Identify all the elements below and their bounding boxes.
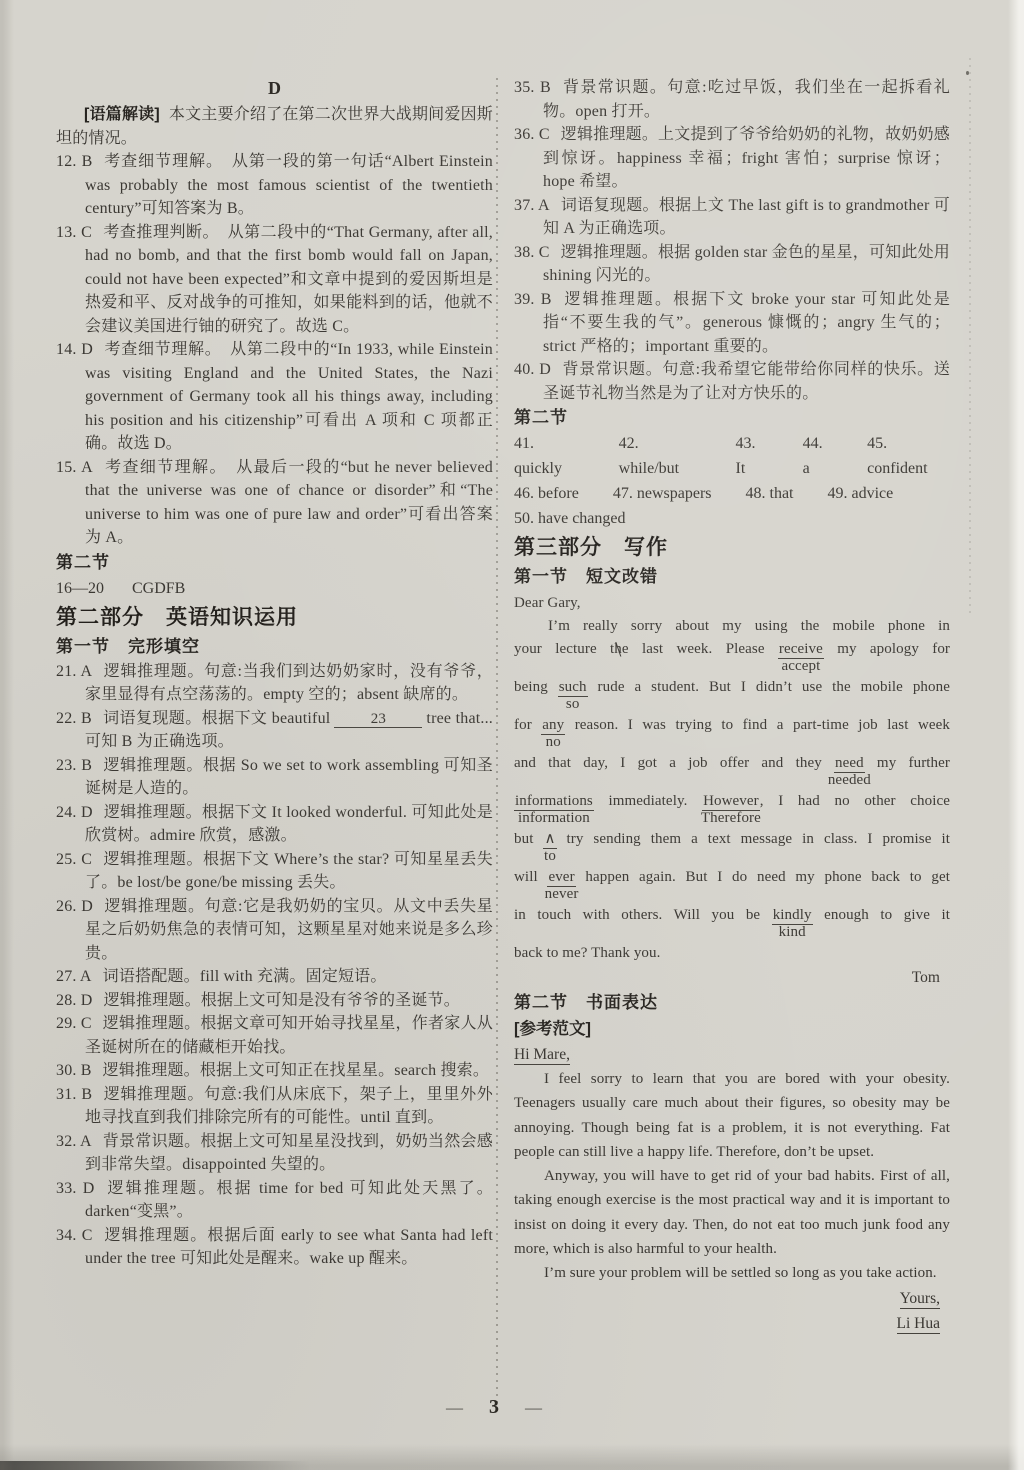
item-number: 33. D	[56, 1180, 106, 1197]
grammar-answers-row-3: 50. have changed	[514, 506, 950, 531]
part-2-heading: 第二部分 英语知识运用	[56, 603, 493, 632]
correction-stack: HoweverTherefore	[702, 790, 760, 813]
correction-stack: ∧to	[543, 828, 556, 851]
item-number: 40. D	[514, 361, 562, 378]
corrected-word: no	[546, 731, 561, 754]
item-text: 逻辑推理题。根据 golden star 金色的星星，可知此处用 shining…	[543, 244, 950, 285]
answer-item-40: 40. D背景常识题。句意:我希望它能带给你同样的快乐。送圣诞节礼物当然是为了让…	[514, 358, 950, 405]
letter-text: rude a student. But I didn’t use the mob…	[588, 679, 950, 695]
essay-closing: Yours,	[514, 1286, 950, 1311]
item-number: 21. A	[56, 663, 103, 680]
answer-item-32: 32. A背景常识题。根据上文可知星星没找到，奶奶当然会感到非常失望。disap…	[56, 1130, 493, 1177]
item-text: 逻辑推理题。根据 time for bed 可知此处天黑了。darken“变黑”…	[85, 1180, 493, 1221]
item-text: 考查推理判断。 从第二段中的“That Germany, after all, …	[85, 224, 493, 335]
passage-d-heading: D	[56, 76, 493, 100]
item-text: 词语搭配题。fill with 充满。固定短语。	[103, 968, 387, 985]
item-number: 22. B	[56, 710, 103, 727]
correction-stack: informationsinformation	[514, 790, 594, 813]
item-text: 逻辑推理题。根据下文 broke your star 可知此处是指“不要生我的气…	[543, 291, 950, 355]
letter-text: in touch with others. Will you be	[514, 907, 772, 923]
item-text: 逻辑推理题。根据后面 early to see what Santa had l…	[85, 1227, 493, 1268]
item-text: 背景常识题。句意:我希望它能带给你同样的快乐。送圣诞节礼物当然是为了让对方快乐的…	[543, 361, 950, 402]
item-number: 15. A	[56, 459, 104, 476]
left-column: D [语篇解读]本文主要介绍了在第二次世界大战期间爱因斯坦的情况。 12. B考…	[56, 76, 493, 1271]
scan-speck	[966, 71, 969, 75]
corrected-word: so	[566, 693, 580, 716]
answer-item-28: 28. D逻辑推理题。根据上文可知是没有爷爷的圣诞节。	[56, 989, 493, 1013]
item-text: 逻辑推理题。句意:当我们到达奶奶家时，没有爷爷，家里显得有点空荡荡的。empty…	[85, 663, 493, 704]
letter-text: happen again. But I do need my phone bac…	[576, 869, 950, 885]
letter-line-9: in touch with others. Will you be kindly…	[514, 904, 950, 927]
answer-item-38: 38. C逻辑推理题。根据 golden star 金色的星星，可知此处用 sh…	[514, 241, 950, 288]
answer-item-31: 31. B逻辑推理题。句意:我们从床底下，架子上，里里外外地寻找直到我们排除完所…	[56, 1083, 493, 1130]
item-text: 逻辑推理题。根据文章可知开始寻找星星，作者家人从圣诞树所在的储藏柜开始找。	[85, 1015, 493, 1056]
item-number: 13. C	[56, 224, 103, 241]
essay-paragraph-2: Anyway, you will have to get rid of your…	[514, 1164, 950, 1261]
item-text: 考查细节理解。 从最后一段的“but he never believed tha…	[85, 459, 493, 547]
section-2-heading: 第二节	[514, 405, 950, 431]
letter-text: for	[514, 717, 541, 733]
part-3-section-1-heading: 第一节 短文改错	[514, 564, 950, 590]
item-text: 词语复现题。根据下文 beautiful	[103, 710, 331, 727]
corrected-word: needed	[828, 769, 871, 792]
letter-text: my further	[865, 755, 950, 771]
item-text: 逻辑推理题。根据上文可知是没有爷爷的圣诞节。	[104, 992, 460, 1009]
letter-signature: Tom	[514, 965, 950, 990]
error-correction-letter: Dear Gary, I’m really sorry about my usi…	[514, 592, 950, 990]
correction-stack: receiveaccept	[778, 638, 824, 661]
item-number: 34. C	[56, 1227, 104, 1244]
answer-item-26: 26. D逻辑推理题。句意:它是我奶奶的宝贝。从文中丢失星星之后奶奶焦急的表情可…	[56, 895, 493, 966]
letter-text: and that day, I got a job offer and they	[514, 755, 834, 771]
letter-line-10: back to me? Thank you.	[514, 942, 950, 965]
answer-item-14: 14. D考查细节理解。 从第二段中的“In 1933, while Einst…	[56, 338, 493, 456]
answer-item-34: 34. C逻辑推理题。根据后面 early to see what Santa …	[56, 1224, 493, 1271]
numbered-blank: 23	[334, 712, 422, 729]
item-text: 考查细节理解。 从第二段中的“In 1933, while Einstein w…	[85, 341, 493, 452]
model-essay-bracket-tag: [参考范文]	[514, 1016, 941, 1042]
column-divider-dotted-line	[496, 78, 498, 1408]
letter-text: my apology for	[824, 641, 950, 657]
item-text: 逻辑推理题。句意:它是我奶奶的宝贝。从文中丢失星星之后奶奶焦急的表情可知，这颗星…	[85, 898, 493, 962]
letter-line-5: and that day, I got a job offer and they…	[514, 752, 950, 775]
answer-item-35: 35. B背景常识题。句意:吃过早饭，我们坐在一起拆看礼物。open 打开。	[514, 76, 950, 123]
corrected-word: information	[518, 807, 590, 830]
answer-item-15: 15. A考查细节理解。 从最后一段的“but he never believe…	[56, 456, 493, 550]
analysis-bracket-tag: [语篇解读]	[84, 106, 160, 123]
correction-stack: needneeded	[834, 752, 865, 775]
answers-16-20: 16—20CGDFB	[56, 576, 493, 601]
letter-text: , I had no other choice	[760, 793, 950, 809]
answer-item-12: 12. B考查细节理解。 从第一段的第一句话“Albert Einstein w…	[56, 150, 493, 221]
part-2-section-1-heading: 第一节 完形填空	[56, 634, 493, 660]
footer-right-dash: —	[525, 1398, 542, 1418]
grammar-answers-row-1: 41. quickly 42. while/but 43. It 44. a 4…	[514, 431, 950, 481]
letter-text: being	[514, 679, 558, 695]
letter-line-8: will evernever happen again. But I do ne…	[514, 866, 950, 889]
item-number: 38. C	[514, 244, 561, 261]
answer-item-25: 25. C逻辑推理题。根据下文 Where’s the star? 可知星星丢失…	[56, 848, 493, 895]
page-number: 3	[489, 1396, 499, 1419]
item-text: 词语复现题。根据上文 The last gift is to grandmoth…	[543, 197, 950, 238]
essay-salutation: Hi Mare,	[514, 1042, 950, 1067]
item-text: 背景常识题。句意:吃过早饭，我们坐在一起拆看礼物。open 打开。	[543, 79, 950, 120]
essay-salutation-text: Hi Mare,	[514, 1046, 570, 1065]
grammar-answer-43: 43. It	[735, 431, 768, 481]
answer-item-36: 36. C逻辑推理题。上文提到了爷爷给奶奶的礼物，故奶奶感到惊讶。happine…	[514, 123, 950, 194]
essay-paragraph-3: I’m sure your problem will be settled so…	[514, 1261, 950, 1285]
item-number: 14. D	[56, 341, 104, 358]
grammar-answer-47: 47. newspapers	[613, 481, 712, 506]
answer-item-33: 33. D逻辑推理题。根据 time for bed 可知此处天黑了。darke…	[56, 1177, 493, 1224]
item-number: 24. D	[56, 804, 104, 821]
grammar-answer-46: 46. before	[514, 481, 579, 506]
grammar-answer-49: 49. advice	[828, 481, 894, 506]
item-text: 逻辑推理题。句意:我们从床底下，架子上，里里外外地寻找直到我们排除完所有的可能性…	[85, 1086, 493, 1127]
letter-line-2: your lecture the last week. Please recei…	[514, 638, 950, 661]
scan-bottom-edge-shadow	[0, 1461, 310, 1470]
grammar-answer-44: 44. a	[803, 431, 834, 481]
letter-line-1: I’m really sorry about my using the mobi…	[514, 615, 950, 638]
answer-item-24: 24. D逻辑推理题。根据下文 It looked wonderful. 可知此…	[56, 801, 493, 848]
page-footer: — 3 —	[0, 1396, 1006, 1419]
corrected-word: accept	[781, 655, 820, 678]
item-text: 逻辑推理题。根据下文 Where’s the star? 可知星星丢失了。be …	[85, 851, 493, 892]
answer-item-13: 13. C考查推理判断。 从第二段中的“That Germany, after …	[56, 221, 493, 339]
answer-item-22: 22. B词语复现题。根据下文 beautiful23tree that...可…	[56, 707, 493, 754]
answer-letters: CGDFB	[132, 580, 185, 597]
scanned-answer-key-page: D [语篇解读]本文主要介绍了在第二次世界大战期间爱因斯坦的情况。 12. B考…	[0, 0, 1024, 1470]
answer-item-27: 27. A词语搭配题。fill with 充满。固定短语。	[56, 965, 493, 989]
answer-item-21: 21. A逻辑推理题。句意:当我们到达奶奶家时，没有爷爷，家里显得有点空荡荡的。…	[56, 660, 493, 707]
item-number: 39. B	[514, 291, 563, 308]
essay-paragraph-1: I feel sorry to learn that you are bored…	[514, 1067, 950, 1164]
grammar-answer-50: 50. have changed	[514, 506, 626, 531]
answer-item-37: 37. A词语复现题。根据上文 The last gift is to gran…	[514, 194, 950, 241]
grammar-answers-row-2: 46. before 47. newspapers 48. that 49. a…	[514, 481, 950, 506]
corrected-word: kind	[779, 921, 806, 944]
item-number: 27. A	[56, 968, 103, 985]
item-number: 37. A	[514, 197, 561, 214]
letter-text: will	[514, 869, 547, 885]
right-margin-dotted-line	[969, 58, 971, 618]
item-text: 背景常识题。根据上文可知星星没找到，奶奶当然会感到非常失望。disappoint…	[85, 1133, 493, 1174]
item-number: 28. D	[56, 992, 104, 1009]
grammar-answer-41: 41. quickly	[514, 431, 585, 481]
essay-signature: Li Hua	[514, 1311, 950, 1336]
answer-item-23: 23. B逻辑推理题。根据 So we set to work assembli…	[56, 754, 493, 801]
item-number: 29. C	[56, 1015, 103, 1032]
correction-stack: anyno	[541, 714, 565, 737]
letter-text: your lecture	[514, 641, 610, 657]
part-3-section-2-heading: 第二节 书面表达	[514, 990, 950, 1016]
inserted-word: to	[544, 845, 556, 868]
item-text: 逻辑推理题。上文提到了爷爷给奶奶的礼物，故奶奶感到惊讶。happiness 幸福…	[543, 126, 950, 190]
letter-text: immediately.	[594, 793, 702, 809]
item-number: 35. B	[514, 79, 562, 96]
letter-line-7: but ∧to try sending them a text message …	[514, 828, 950, 851]
item-number: 23. B	[56, 757, 103, 774]
corrected-word: never	[545, 883, 579, 906]
essay-signature-text: Li Hua	[897, 1315, 940, 1334]
correction-stack: kindlykind	[772, 904, 813, 927]
answer-item-39: 39. B逻辑推理题。根据下文 broke your star 可知此处是指“不…	[514, 288, 950, 359]
item-number: 12. B	[56, 153, 103, 170]
letter-text: reason. I was trying to find a part-time…	[565, 717, 950, 733]
grammar-answer-45: 45. confident	[867, 431, 950, 481]
passage-analysis-paragraph: [语篇解读]本文主要介绍了在第二次世界大战期间爱因斯坦的情况。	[56, 103, 493, 150]
item-text: 逻辑推理题。根据下文 It looked wonderful. 可知此处是欣赏树…	[85, 804, 493, 845]
correction-stack: evernever	[547, 866, 575, 889]
letter-text: but	[514, 831, 543, 847]
blank-number: 23	[371, 711, 386, 727]
letter-text: enough to give it	[813, 907, 950, 923]
letter-salutation: Dear Gary,	[514, 592, 950, 615]
item-number: 25. C	[56, 851, 103, 868]
grammar-answer-48: 48. that	[746, 481, 794, 506]
answer-item-29: 29. C逻辑推理题。根据文章可知开始寻找星星，作者家人从圣诞树所在的储藏柜开始…	[56, 1012, 493, 1059]
right-column: 35. B背景常识题。句意:吃过早饭，我们坐在一起拆看礼物。open 打开。 3…	[514, 76, 950, 1336]
letter-line-3: being suchso rude a student. But I didn’…	[514, 676, 950, 699]
item-text: 逻辑推理题。根据 So we set to work assembling 可知…	[85, 757, 493, 798]
essay-closing-text: Yours,	[900, 1290, 940, 1309]
item-number: 36. C	[514, 126, 561, 143]
item-text: 逻辑推理题。根据上文可知正在找星星。search 搜索。	[103, 1062, 489, 1079]
letter-text: try sending them a text message in class…	[557, 831, 950, 847]
item-number: 31. B	[56, 1086, 103, 1103]
section-2-heading: 第二节	[56, 550, 493, 576]
footer-left-dash: —	[446, 1398, 463, 1418]
letter-text: last week. Please	[629, 641, 778, 657]
corrected-word: Therefore	[701, 807, 761, 830]
part-3-heading: 第三部分 写作	[514, 533, 950, 562]
letter-line-6: informationsinformation immediately. How…	[514, 790, 950, 813]
item-number: 32. A	[56, 1133, 103, 1150]
correction-stack: suchso	[558, 676, 588, 699]
answer-item-30: 30. B逻辑推理题。根据上文可知正在找星星。search 搜索。	[56, 1059, 493, 1083]
deleted-word: the	[610, 638, 629, 661]
item-number: 26. D	[56, 898, 104, 915]
item-number: 30. B	[56, 1062, 103, 1079]
item-text: 考查细节理解。 从第一段的第一句话“Albert Einstein was pr…	[85, 153, 493, 217]
answer-range: 16—20	[56, 580, 104, 597]
letter-line-4: for anyno reason. I was trying to find a…	[514, 714, 950, 737]
grammar-answer-42: 42. while/but	[619, 431, 702, 481]
